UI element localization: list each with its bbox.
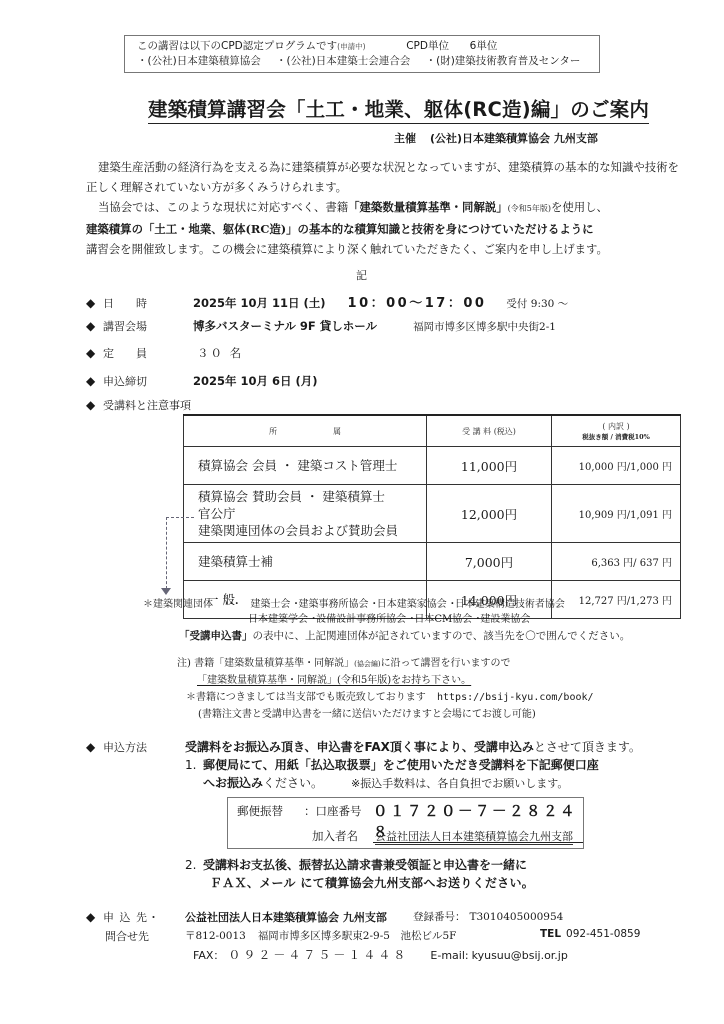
book-note-small: (協会編) [354,660,380,668]
diamond-bullet-icon: ◆ [86,910,103,924]
book-note-line3: ＊書籍につきましては当支部でも販売致しております https://bsij-ky… [186,689,594,707]
cpd-units-label: CPD単位 [406,40,449,52]
intro-p1: 建築生産活動の経済行為を支える為に建築積算が必要な状況となっていますが、建築積算… [86,157,686,197]
dashed-connector-line [166,517,194,518]
diamond-bullet-icon: ◆ [86,398,103,412]
row-breakdown: 12,727 円/1,273 円 [552,581,681,619]
cpd-program-box: この講習は以下のCPD認定プログラムです(申請中) CPD単位 6単位 ・(公社… [124,35,600,73]
step1-text-bold: へお振込み [203,776,263,790]
row-fee: 12,000円 [427,485,552,543]
application-step1-line1: 1.郵便局にて、用紙「払込取扱票」をご使用いただき受講料を下記郵便口座 [185,756,599,774]
ki-marker: 記 [356,267,367,283]
book-sales-text: ＊書籍につきましては当支部でも販売致しております [186,692,426,703]
payee-label: 加入者名 [312,828,358,844]
category-line: 建築関連団体の会員および賛助会員 [198,522,426,539]
intro-book-title: 「建築数量積算基準・同解説」 [348,200,507,214]
detail-deadline: ◆申込締切2025年 10月 6日 (月) [86,373,318,389]
step1-number: 1. [185,756,203,774]
header-category: 所 属 [184,415,427,447]
intro-paragraph: 建築生産活動の経済行為を支える為に建築積算が必要な状況となっていますが、建築積算… [86,157,686,259]
diamond-bullet-icon: ◆ [86,374,103,388]
contact-fax-email-row: FAX：０９２－４７５－１４４８E-mail:kyusuu@bsij.or.jp [193,946,568,963]
postal-label: 郵便振替 [237,803,283,819]
reg-number: T3010405000954 [470,911,564,923]
contact-address: 福岡市博多区博多駅東2-9-5 池松ビル5F [258,930,457,942]
contact-label-row: ◆申 込 先・ [86,909,160,925]
postal-code: 〒812-0013 [185,930,246,942]
fees-heading: 受講料と注意事項 [103,397,191,413]
cpd-units-value: 6単位 [470,40,498,52]
postal-transfer-box: 郵便振替 ：口座番号 ０１７２０－７－２８２４８ 加入者名 公益社団法人日本建築… [227,797,584,849]
intro-bold-statement: 建築積算の「土工・地業、躯体(RC造)」の基本的な積算知識と技術を身につけていた… [86,222,594,236]
application-method-label-row: ◆申込方法 [86,739,147,755]
fax-label: FAX： [193,949,224,962]
fax-number: ０９２－４７５－１４４８ [228,948,408,962]
book-note-suffix: に沿って講習を行いますので [381,658,511,669]
account-label: ：口座番号 [304,803,362,819]
related-groups-label: ＊建築関連団体 [143,599,213,610]
category-line: 積算協会 賛助会員 ・ 建築積算士 [198,488,426,505]
header-fee: 受 講 料 (税込) [427,415,552,447]
notice-form-name: 「受講申込書」 [179,630,253,642]
detail-fees-heading: ◆受講料と注意事項 [86,397,191,413]
diamond-bullet-icon: ◆ [86,740,103,754]
row-category: 建築積算士補 [184,543,427,581]
related-groups-notice: 「受講申込書」の表中に、上記関連団体が記されていますので、該当先を〇で囲んでくだ… [179,628,630,643]
registration-number: 登録番号：T3010405000954 [413,909,563,924]
deadline-value: 2025年 10月 6日 (月) [193,374,318,388]
payee-name: 公益社団法人日本建築積算協会九州支部 [375,828,573,845]
book-note-line1: 注) 書籍「建築数量積算基準・同解説」(協会編)に沿って講習を行いますので [177,655,511,673]
reg-label: 登録番号： [413,911,466,923]
email-link[interactable]: kyusuu@bsij.or.jp [472,949,568,962]
detail-capacity: ◆定 員３０ 名 [86,345,243,361]
book-url-link[interactable]: https://bsij-kyu.com/book/ [437,692,594,703]
intro-p2-closing: 講習会を開催致します。この機会に建築積算により深く触れていただきたく、ご案内を申… [86,239,686,259]
application-step2-line2: ＦＡＸ、メール にて積算協会九州支部へお送りください。 [210,874,534,892]
organizer: 主催(公社)日本建築積算協会 九州支部 [394,130,598,146]
application-intro-bold: 受講料をお振込み頂き、申込書をFAX頂く事により、受講申込み [185,740,534,754]
diamond-bullet-icon: ◆ [86,346,103,360]
application-step2-line1: 2.受講料お支払後、振替払込請求書兼受領証と申込書を一緒に [185,856,527,874]
event-date: 2025年 10月 11日 (土) [193,296,326,310]
cpd-org-3: ・(財)建築技術教育普及センター [426,55,581,67]
book-note-line2: 「建築数量積算基準・同解説」(令和5年版)をお持ち下さい。 [197,672,471,690]
step2-text: 受講料お支払後、振替払込請求書兼受領証と申込書を一緒に [203,858,527,872]
page-title: 建築積算講習会「土工・地業、躯体(RC造)編」のご案内 [148,94,649,124]
application-intro-light: とさせて頂きます。 [534,740,641,754]
related-groups-line1: ＊建築関連団体 ･･･ 建築士会 ･建築事務所協会 ･日本建築家協会 ･日本建築… [143,597,565,612]
email-label: E-mail: [430,949,468,962]
application-intro: 受講料をお振込み頂き、申込書をFAX頂く事により、受講申込みとさせて頂きます。 [185,738,641,756]
application-step1-line2: へお振込みください。※振込手数料は、各自負担でお願いします。 [203,774,568,793]
fee-table-header: 所 属 受 講 料 (税込) ( 内訳 ) 税抜き額 / 消費税10% [184,415,681,447]
row-fee: 11,000円 [427,447,552,485]
related-groups-list-1: 建築士会 ･建築事務所協会 ･日本建築家協会 ･日本建築構造技術者協会 [250,599,565,610]
contact-label-2: 問合せ先 [105,928,149,944]
cpd-status: (申請中) [337,42,365,51]
diamond-bullet-icon: ◆ [86,319,103,333]
cpd-org-1: ・(公社)日本建築積算協会 [137,55,261,67]
deadline-label: 申込締切 [103,373,191,389]
header-breakdown: ( 内訳 ) 税抜き額 / 消費税10% [552,415,681,447]
table-row: 積算協会 賛助会員 ・ 建築積算士 官公庁 建築関連団体の会員および賛助会員 1… [184,485,681,543]
book-note-line4: (書籍注文書と受講申込書を一緒に送信いただけますと会場にてお渡し可能) [198,706,536,724]
table-row: 建築積算士補 7,000円 6,363 円/ 637 円 [184,543,681,581]
intro-p2-text-b: を使用し、 [551,200,608,214]
capacity-label: 定 員 [103,345,191,361]
step1-text: 郵便局にて、用紙「払込取扱票」をご使用いただき受講料を下記郵便口座 [203,758,599,772]
book-required-notice: 「建築数量積算基準・同解説」(令和5年版)をお持ち下さい。 [197,675,471,686]
row-breakdown: 6,363 円/ 637 円 [552,543,681,581]
header-breakdown-sub: 税抜き額 / 消費税10% [552,432,680,441]
detail-venue: ◆講習会場博多バスターミナル 9F 貸しホール福岡市博多区博多駅中央街2-1 [86,318,556,334]
notice-text: の表中に、上記関連団体が記されていますので、該当先を〇で囲んでください。 [253,630,631,642]
row-breakdown: 10,909 円/1,091 円 [552,485,681,543]
datetime-label: 日 時 [103,295,191,311]
cpd-program-statement: この講習は以下のCPD認定プログラムです [137,40,337,52]
detail-datetime: ◆日 時2025年 10月 11日 (土)10：00～17：00受付 9:30 … [86,292,568,311]
venue-label: 講習会場 [103,318,191,334]
contact-tel: TEL092-451-0859 [540,928,640,940]
arrow-down-icon [161,588,171,595]
fee-table: 所 属 受 講 料 (税込) ( 内訳 ) 税抜き額 / 消費税10% 積算協会… [183,414,681,619]
header-breakdown-title: ( 内訳 ) [552,421,680,432]
reception-time: 受付 9:30 ～ [506,298,568,310]
related-groups-list-2: 日本建築学会 ･設備設計事務所協会 ･日本CM協会 ･建設業協会 [248,612,530,627]
capacity-value: ３０ 名 [197,346,243,360]
row-fee: 7,000円 [427,543,552,581]
intro-p2-bold: 建築積算の「土工・地業、躯体(RC造)」の基本的な積算知識と技術を身につけていた… [86,219,686,239]
step2-number: 2. [185,856,203,874]
organizer-name: (公社)日本建築積算協会 九州支部 [430,132,598,145]
intro-p2-text: 当協会では、このような現状に対応すべく、書籍 [98,200,348,214]
venue-name: 博多バスターミナル 9F 貸しホール [193,319,377,333]
book-note-prefix: 注) 書籍「建築数量積算基準・同解説」 [177,658,354,669]
table-row: 積算協会 会員 ・ 建築コスト管理士 11,000円 10,000 円/1,00… [184,447,681,485]
tel-label: TEL [540,928,561,940]
category-line: 官公庁 [198,505,426,522]
intro-p2: 当協会では、このような現状に対応すべく、書籍「建築数量積算基準・同解説」(令和5… [86,197,686,219]
dashed-connector-line [166,517,167,589]
row-category: 積算協会 賛助会員 ・ 建築積算士 官公庁 建築関連団体の会員および賛助会員 [184,485,427,543]
row-category: 積算協会 会員 ・ 建築コスト管理士 [184,447,427,485]
related-groups-dots: ･･･ [224,599,239,610]
event-time: 10：00～17：00 [348,296,487,311]
contact-label-1: 申 込 先・ [103,909,160,925]
row-breakdown: 10,000 円/1,000 円 [552,447,681,485]
contact-org-name: 公益社団法人日本建築積算協会 九州支部 [185,909,387,925]
step1-text-light: ください。 [263,776,323,790]
organizer-label: 主催 [394,132,416,145]
venue-address: 福岡市博多区博多駅中央街2-1 [413,321,556,333]
tel-number[interactable]: 092-451-0859 [566,928,640,940]
intro-book-edition: (令和5年版) [508,204,551,213]
contact-address-row: 〒812-0013福岡市博多区博多駅東2-9-5 池松ビル5F [185,928,456,943]
diamond-bullet-icon: ◆ [86,296,103,310]
application-method-label: 申込方法 [103,739,147,755]
transfer-fee-note: ※振込手数料は、各自負担でお願いします。 [351,777,568,790]
cpd-org-2: ・(公社)日本建築士会連合会 [276,55,410,67]
